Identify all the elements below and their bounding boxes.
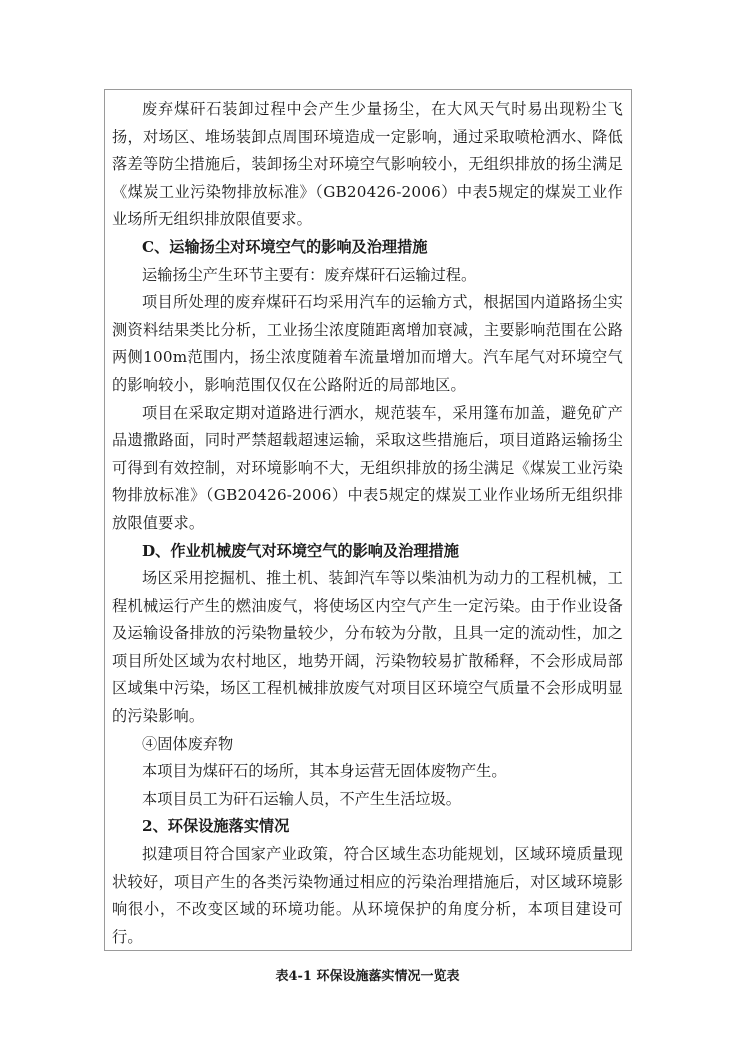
paragraph-transport-analysis: 项目所处理的废弃煤矸石均采用汽车的运输方式，根据国内道路扬尘实测资料结果类比分析…: [112, 289, 623, 399]
heading-transport-dust: C、运输扬尘对环境空气的影响及治理措施: [112, 234, 623, 262]
subheading-solid-waste: ④固体废弃物: [112, 731, 623, 759]
paragraph-solid-waste-1: 本项目为煤矸石的场所，其本身运营无固体废物产生。: [112, 758, 623, 786]
paragraph-conclusion: 拟建项目符合国家产业政策，符合区域生态功能规划，区域环境质量现状较好，项目产生的…: [112, 841, 623, 951]
paragraph-transport-source: 运输扬尘产生环节主要有：废弃煤矸石运输过程。: [112, 262, 623, 290]
content-frame: 废弃煤矸石装卸过程中会产生少量扬尘，在大风天气时易出现粉尘飞扬，对场区、堆场装卸…: [104, 89, 632, 951]
heading-machinery-exhaust: D、作业机械废气对环境空气的影响及治理措施: [112, 538, 623, 566]
paragraph-machinery-exhaust: 场区采用挖掘机、推土机、装卸汽车等以柴油机为动力的工程机械，工程机械运行产生的燃…: [112, 565, 623, 731]
paragraph-transport-measures: 项目在采取定期对道路进行洒水，规范装车，采用篷布加盖，避免矿产品遗撒路面，同时严…: [112, 400, 623, 538]
paragraph-solid-waste-2: 本项目员工为矸石运输人员，不产生生活垃圾。: [112, 786, 623, 814]
paragraph-loading-dust: 废弃煤矸石装卸过程中会产生少量扬尘，在大风天气时易出现粉尘飞扬，对场区、堆场装卸…: [112, 96, 623, 234]
heading-env-facilities: 2、环保设施落实情况: [112, 813, 623, 841]
document-body: 废弃煤矸石装卸过程中会产生少量扬尘，在大风天气时易出现粉尘飞扬，对场区、堆场装卸…: [112, 96, 623, 984]
page-number: - 12 -: [0, 970, 740, 984]
